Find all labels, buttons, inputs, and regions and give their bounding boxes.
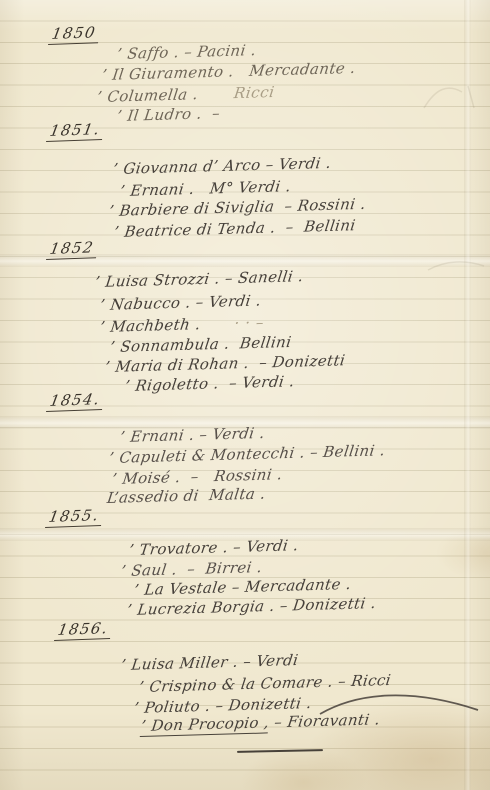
- pencil-ghost-mark: [426, 256, 486, 276]
- fold-crease-vertical: [464, 0, 471, 790]
- pen-flourish: [316, 690, 484, 720]
- opera-entry: ’ Nabucco . – Verdi .: [99, 291, 262, 314]
- opera-entry: ’ Trovatore . – Verdi .: [128, 536, 300, 559]
- opera-entry: ’ Il Ludro . –: [116, 104, 221, 125]
- pencil-composer-note: Ricci: [233, 83, 276, 102]
- year-1856: 1856.: [54, 619, 114, 641]
- opera-entry: ’ Machbeth .· · –: [99, 313, 265, 336]
- opera-entry: L’assedio di Malta .: [106, 485, 267, 507]
- opera-entry: ’ Luisa Strozzi . – Sanelli .: [94, 267, 305, 291]
- opera-entry: ’ Saffo . – Pacini .: [116, 41, 257, 63]
- opera-entry: ’ Giovanna d’ Arco – Verdi .: [112, 154, 332, 178]
- opera-entry: ’ Columella .Ricci: [96, 83, 276, 106]
- pencil-mark-note: · · –: [233, 313, 265, 332]
- manuscript-page: 1850 ’ Saffo . – Pacini . ’ Il Giurament…: [0, 0, 490, 790]
- opera-entry: ’ Ernani . – Verdi .: [119, 424, 266, 446]
- opera-title: ’ Machbeth .: [99, 315, 202, 336]
- pencil-ghost-mark: [418, 78, 480, 118]
- year-1852: 1852: [46, 238, 100, 260]
- opera-entry: ’ Rigoletto . – Verdi .: [124, 372, 296, 395]
- opera-title: ’ Columella .: [96, 85, 199, 106]
- year-1851: 1851.: [46, 120, 106, 142]
- year-1855: 1855.: [45, 506, 105, 528]
- closing-rule: [237, 749, 323, 753]
- year-1850: 1850: [48, 23, 102, 45]
- opera-entry: ’ Beatrice di Tenda . – Bellini: [113, 216, 357, 241]
- year-1854: 1854.: [46, 390, 106, 412]
- opera-title-underlined: ’ Don Procopio ,: [140, 713, 271, 737]
- opera-entry: ’ Luisa Miller . – Verdi: [120, 651, 300, 674]
- opera-entry: ’ Saul . – Birrei .: [120, 558, 263, 580]
- opera-entry: ’ Il Giuramento . Mercadante .: [101, 59, 357, 84]
